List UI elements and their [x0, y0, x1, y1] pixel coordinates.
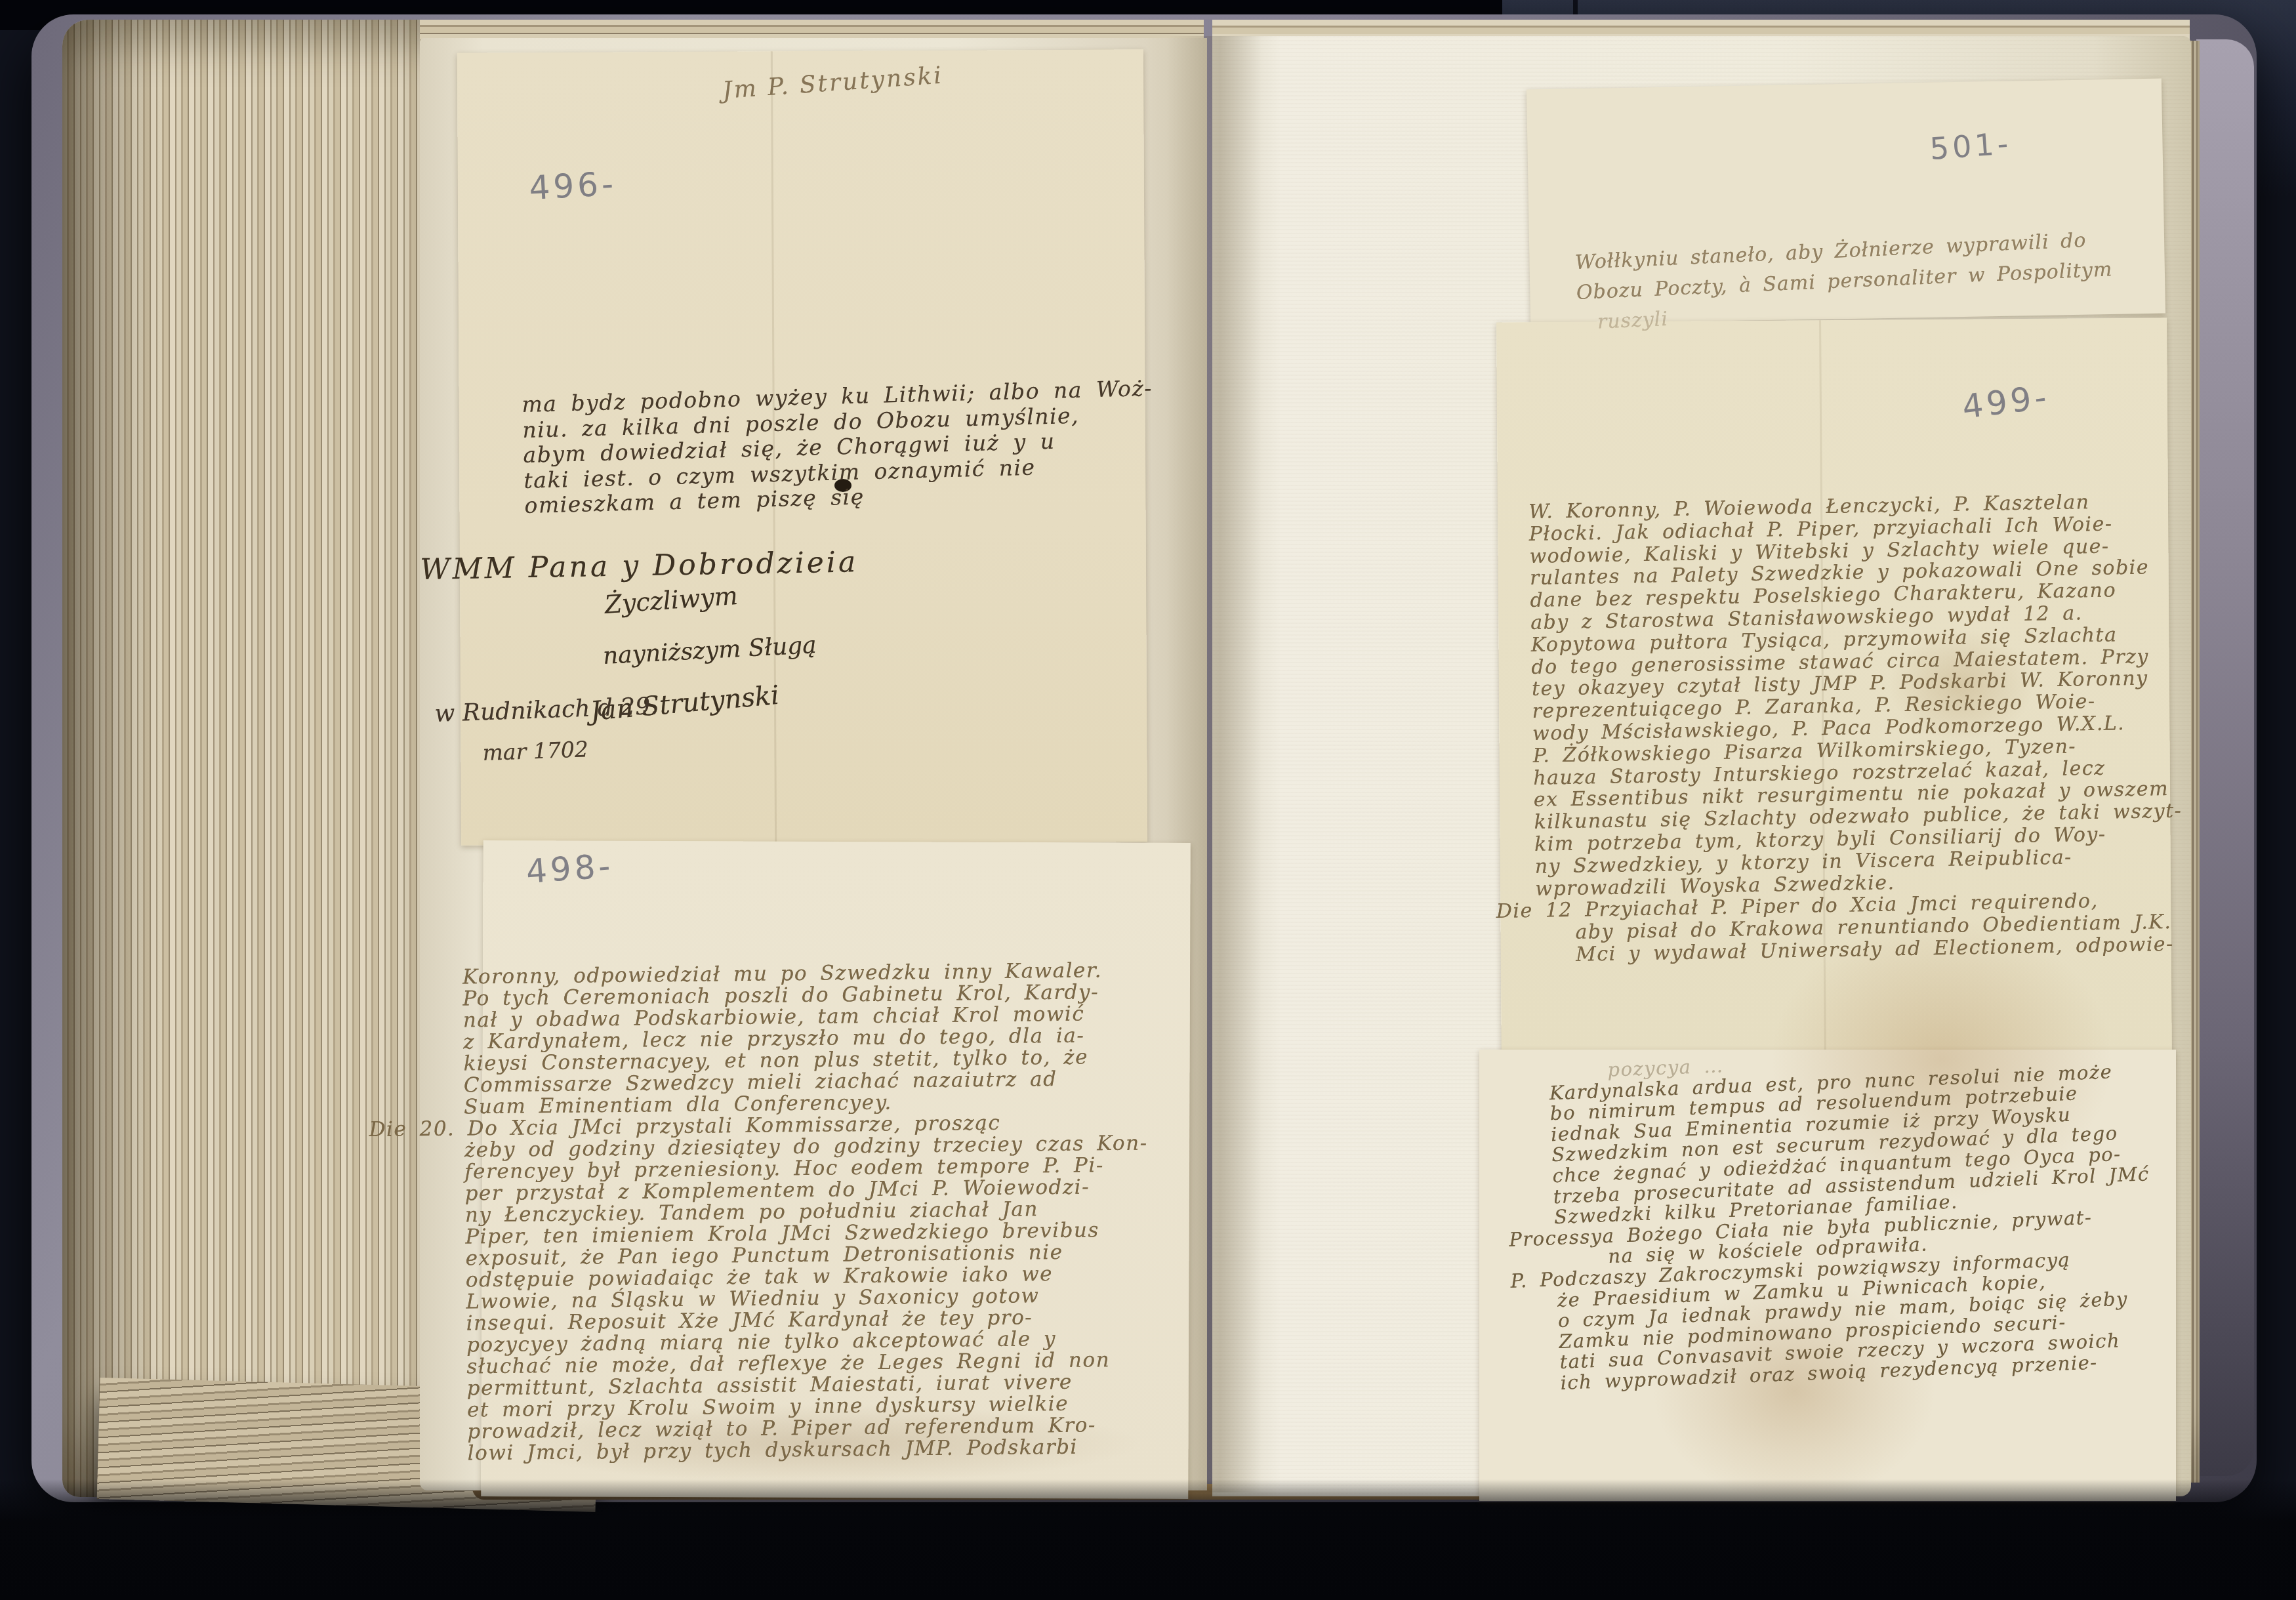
- left-letter-text-block: ma bydz podobno wyżey ku Lithwii; albo n…: [522, 376, 1155, 519]
- book-cover-right-edge: [2196, 39, 2254, 1476]
- page-number-pencil-501: 501-: [1929, 125, 2013, 167]
- manuscript-photo: 496- 498- 501- 499- Jm P. Strutynski ma …: [0, 0, 2296, 1600]
- right-lower-text-block: pozycya … Kardynalska ardua est, pro nun…: [1502, 1039, 2157, 1395]
- page-number-pencil-498: 498-: [525, 847, 615, 891]
- letter-dateline-date: mar 1702: [482, 736, 588, 766]
- foreground-shadow: [0, 1479, 2296, 1600]
- page-number-pencil-496: 496-: [528, 165, 617, 207]
- left-main-text-block: Koronny, odpowiedział mu po Szwedzku inn…: [367, 960, 1151, 1466]
- right-main-text-block: W. Koronny, P. Woiewoda Łenczycki, P. Ka…: [1489, 490, 2184, 968]
